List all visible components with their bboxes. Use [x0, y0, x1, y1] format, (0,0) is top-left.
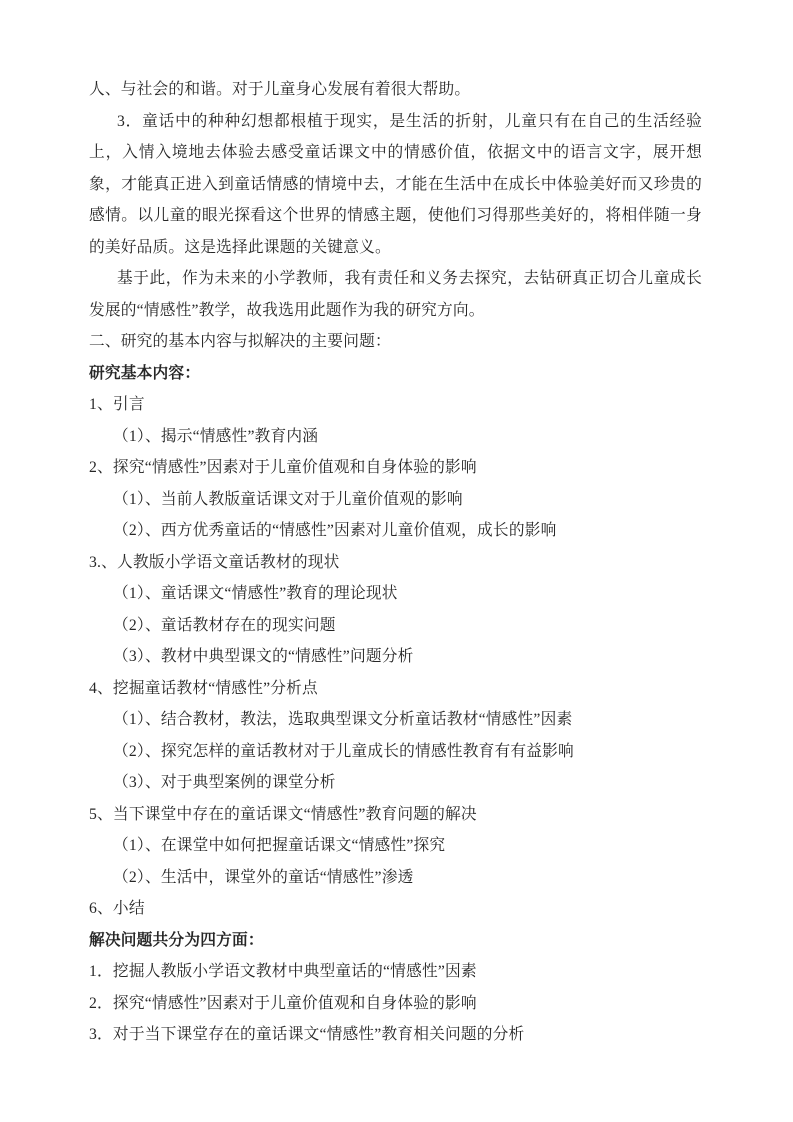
outline-subitem: （1）、在课堂中如何把握童话课文“情感性”探究: [89, 830, 702, 862]
outline-item-3: 3.、人教版小学语文童话教材的现状: [89, 547, 702, 579]
outline-subitem: （2）、童话教材存在的现实问题: [89, 610, 702, 642]
outline-subitem: （2）、探究怎样的童话教材对于儿童成长的情感性教育有有益影响: [89, 736, 702, 768]
paragraph-point-3: 3．童话中的种种幻想都根植于现实，是生活的折射，儿童只有在自己的生活经验上，入情…: [89, 106, 702, 264]
outline-item-1: 1、引言: [89, 389, 702, 421]
outline-subitem: （2）、西方优秀童话的“情感性”因素对儿童价值观，成长的影响: [89, 515, 702, 547]
outline-item-5: 5、当下课堂中存在的童话课文“情感性”教育问题的解决: [89, 799, 702, 831]
outline-subitem: （3）、对于典型案例的课堂分析: [89, 767, 702, 799]
outline-subitem: （3）、教材中典型课文的“情感性”问题分析: [89, 641, 702, 673]
outline-item-6: 6、小结: [89, 893, 702, 925]
outline-subitem: （1）、童话课文“情感性”教育的理论现状: [89, 578, 702, 610]
outline-subitem: （2）、生活中，课堂外的童话“情感性”渗透: [89, 862, 702, 894]
problem-solving-heading: 解决问题共分为四方面：: [89, 925, 702, 957]
section-heading: 二、研究的基本内容与拟解决的主要问题：: [89, 326, 702, 358]
outline-subitem: （1）、当前人教版童话课文对于儿童价值观的影响: [89, 484, 702, 516]
problem-item: 3．对于当下课堂存在的童话课文“情感性”教育相关问题的分析: [89, 1019, 702, 1051]
outline-subitem: （1）、结合教材，教法，选取典型课文分析童话教材“情感性”因素: [89, 704, 702, 736]
problem-item: 2．探究“情感性”因素对于儿童价值观和自身体验的影响: [89, 988, 702, 1020]
outline-item-4: 4、挖掘童话教材“情感性”分析点: [89, 673, 702, 705]
problem-item: 1．挖掘人教版小学语文教材中典型童话的“情感性”因素: [89, 956, 702, 988]
paragraph-basis: 基于此，作为未来的小学教师，我有责任和义务去探究，去钻研真正切合儿童成长发展的“…: [89, 263, 702, 326]
research-content-heading: 研究基本内容：: [89, 358, 702, 390]
document-page: 人、与社会的和谐。对于儿童身心发展有着很大帮助。 3．童话中的种种幻想都根植于现…: [0, 0, 793, 1122]
outline-item-2: 2、探究“情感性”因素对于儿童价值观和自身体验的影响: [89, 452, 702, 484]
outline-subitem: （1）、揭示“情感性”教育内涵: [89, 421, 702, 453]
paragraph-continuation: 人、与社会的和谐。对于儿童身心发展有着很大帮助。: [89, 74, 702, 106]
